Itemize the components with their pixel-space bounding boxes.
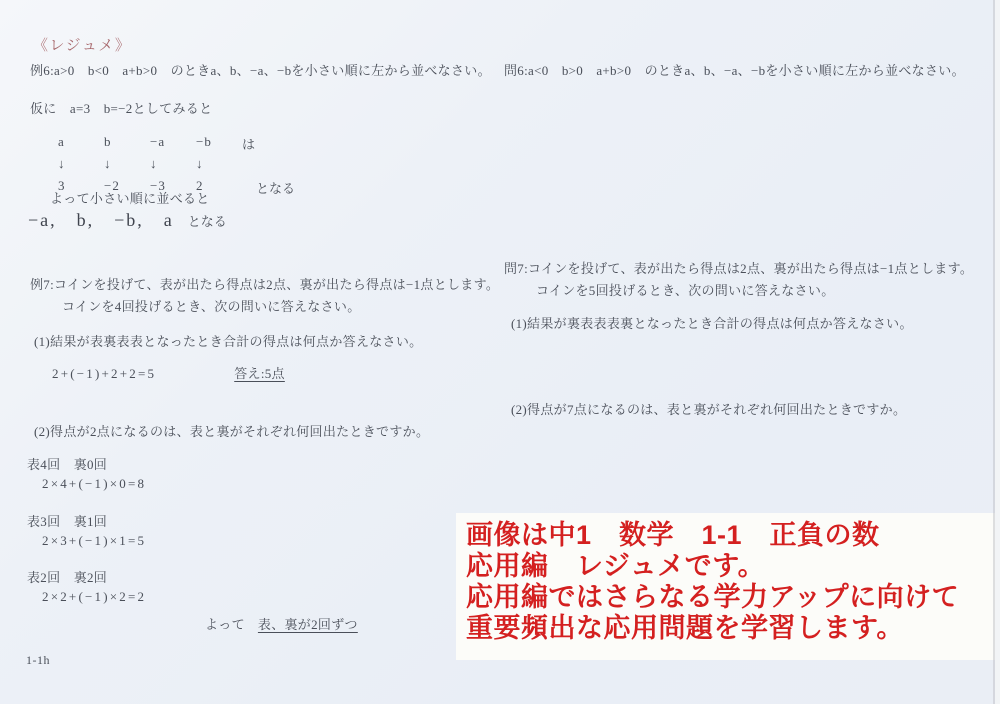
case3-label: 表2回 裏2回 [27,569,107,587]
case1-working: 2×4+(−1)×0=8 [42,475,146,493]
case1-label: 表4回 裏0回 [27,456,107,474]
substitution-arrows-row: ↓ ↓ ↓ ↓ [58,156,295,178]
example7-part1-solution: 2+(−1)+2+2=5 答え:5点 [52,365,285,383]
page-title: 《レジュメ》 [33,34,131,55]
variable-b: b [104,134,150,150]
scan-edge-line [993,0,995,704]
caption-overlay: 画像は中1 数学 1-1 正負の数 応用編 レジュメです。 応用編ではさらなる学… [456,513,1000,660]
example7-part2-question: (2)得点が2点になるのは、表と裏がそれぞれ何回出たときですか。 [34,423,429,441]
example7-prompt-line2: コインを4回投げるとき、次の問いに答えなさい。 [62,298,361,316]
caption-line: 応用編ではさらなる学力アップに向けて [456,582,1000,613]
example7-part2-conclusion: よって 表、裏が2回ずつ [205,616,358,634]
down-arrow-icon: ↓ [104,156,150,172]
example7-part1-question: (1)結果が表裏表表となったとき合計の得点は何点か答えなさい。 [34,333,422,351]
question7-part1: (1)結果が裏表表表裏となったとき合計の得点は何点か答えなさい。 [511,315,913,333]
example6-prompt: 例6:a>0 b<0 a+b>0 のときa、b、−a、−bを小さい順に左から並べ… [30,62,491,80]
part1-working: 2+(−1)+2+2=5 [52,365,156,383]
down-arrow-icon: ↓ [150,156,196,172]
caption-line: 画像は中1 数学 1-1 正負の数 [456,513,1000,551]
example7-prompt-line1: 例7:コインを投げて、表が出たら得点は2点、裏が出たら得点は−1点とします。 [30,276,499,294]
question7-prompt-line2: コインを5回投げるとき、次の問いに答えなさい。 [536,282,835,300]
question7-part2: (2)得点が7点になるのは、表と裏がそれぞれ何回出たときですか。 [511,401,906,419]
example6-ordered-answer: −a, b, −b, a となる [28,206,227,232]
values-tail: となる [256,178,295,197]
case3-working: 2×2+(−1)×2=2 [42,588,146,606]
variable-a: a [58,134,104,150]
down-arrow-icon: ↓ [58,156,104,172]
ordered-answer-tail: となる [188,211,227,230]
part1-answer: 答え:5点 [234,365,285,383]
question6-prompt: 問6:a<0 b>0 a+b>0 のときa、b、−a、−bを小さい順に左から並べ… [504,62,965,80]
variable-neg-b: −b [196,134,242,150]
caption-line: 重要頻出な応用問題を学習します。 [456,613,1000,644]
case2-working: 2×3+(−1)×1=5 [42,532,146,550]
page-footer-code: 1-1h [26,653,50,668]
case2-label: 表3回 裏1回 [27,513,107,531]
variable-neg-a: −a [150,134,196,150]
conclusion-prefix: よって [205,616,245,634]
caption-line: 応用編 レジュメです。 [456,551,1000,582]
ordered-answer-values: −a, b, −b, a [28,206,174,232]
substitution-variables-row: a b −a −b は [58,134,295,156]
example6-assumption: 仮に a=3 b=−2としてみると [30,100,212,118]
scan-edge [995,0,1000,704]
scanned-worksheet-page: 《レジュメ》 例6:a>0 b<0 a+b>0 のときa、b、−a、−bを小さい… [0,0,1000,704]
variables-tail: は [242,134,255,153]
question7-prompt-line1: 問7:コインを投げて、表が出たら得点は2点、裏が出たら得点は−1点とします。 [504,260,973,278]
down-arrow-icon: ↓ [196,156,242,172]
conclusion-text: 表、裏が2回ずつ [258,616,358,634]
